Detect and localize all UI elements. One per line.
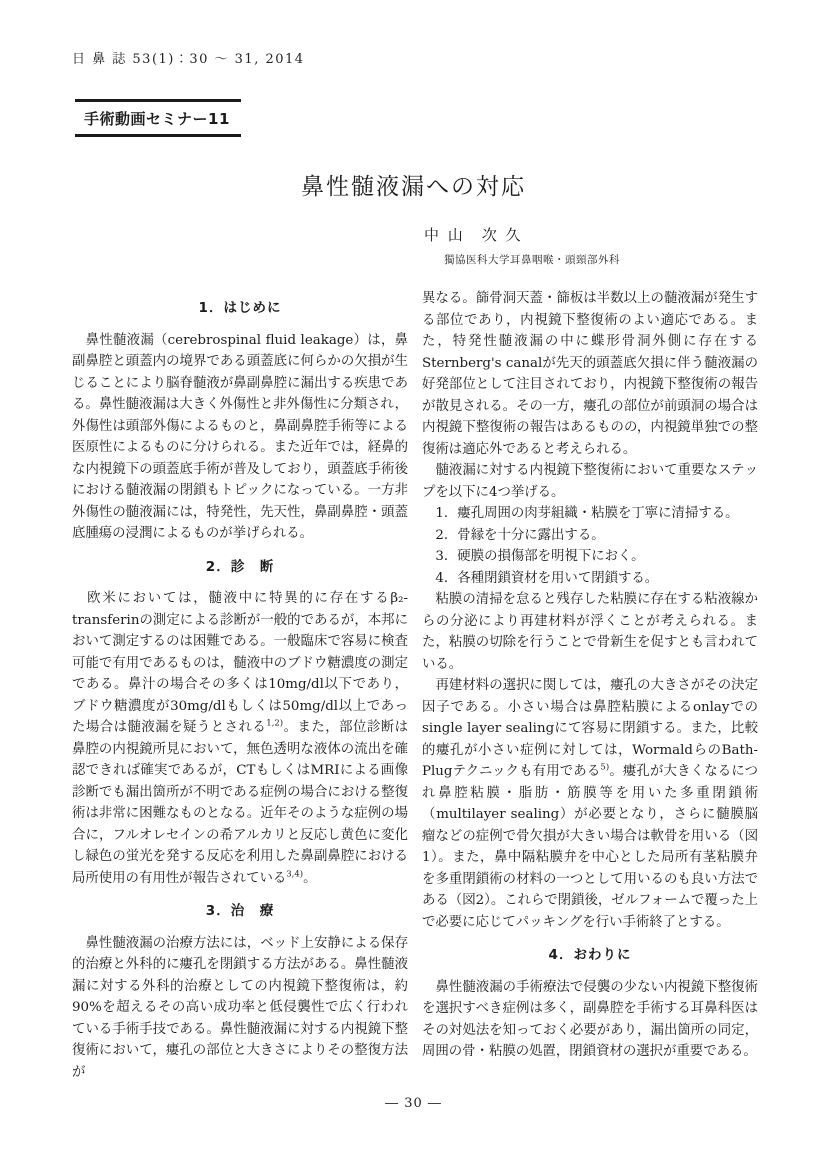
paragraph: 髄液漏に対する内視鏡下整復術において重要なステップを以下に4つ挙げる。	[422, 460, 758, 503]
reference-superscript: 5)	[600, 763, 609, 773]
list-item: 4．各種閉鎖資材を用いて閉鎖する。	[422, 568, 758, 590]
series-label-box: 手術動画セミナー11	[75, 99, 241, 137]
body-column-left: 1．はじめに 鼻性髄液漏（cerebrospinal fluid leakage…	[72, 288, 408, 1083]
page-number: ― 30 ―	[0, 1096, 827, 1111]
paragraph: 鼻性髄液漏（cerebrospinal fluid leakage）は，鼻副鼻腔…	[72, 330, 408, 545]
section-heading: 3．治 療	[72, 901, 408, 923]
journal-citation-header: 日 鼻 誌 53(1)：30 ～ 31, 2014	[72, 48, 305, 67]
list-item: 3．硬膜の損傷部を明視下におく。	[422, 546, 758, 568]
list-item: 1．瘻孔周囲の肉芽組織・粘膜を丁寧に清掃する。	[422, 503, 758, 525]
list-item: 2．骨縁を十分に露出する。	[422, 525, 758, 547]
author-block: 中 山 次 久 獨協医科大学耳鼻咽喉・頭頸部外科	[424, 224, 784, 267]
author-affiliation: 獨協医科大学耳鼻咽喉・頭頸部外科	[444, 252, 784, 267]
section-heading: 1．はじめに	[72, 298, 408, 320]
paragraph: 鼻性髄液漏の手術療法で侵襲の少ない内視鏡下整復術を選択すべき症例は多く，副鼻腔を…	[422, 977, 758, 1063]
reference-superscript: 1,2)	[266, 719, 283, 729]
paragraph: 再建材料の選択に関しては，瘻孔の大きさがその決定因子である。小さい場合は鼻腔粘膜…	[422, 675, 758, 933]
journal-page: 日 鼻 誌 53(1)：30 ～ 31, 2014 手術動画セミナー11 鼻性髄…	[0, 0, 827, 1170]
paragraph: 欧米においては，髄液中に特異的に存在するβ₂-transferinの測定による診…	[72, 588, 408, 889]
section-heading: 2．診 断	[72, 557, 408, 579]
body-column-right: 異なる。篩骨洞天蓋・篩板は半数以上の髄液漏が発生する部位であり，内視鏡下整復術の…	[422, 288, 758, 1063]
paragraph: 粘膜の清掃を怠ると残存した粘膜に存在する粘液線からの分泌により再建材料が浮くこと…	[422, 589, 758, 675]
section-heading: 4．おわりに	[422, 945, 758, 967]
paragraph: 鼻性髄液漏の治療方法には，ベッド上安静による保存的治療と外科的に瘻孔を閉鎖する方…	[72, 933, 408, 1084]
reference-superscript: 3,4)	[286, 869, 303, 879]
author-name: 中 山 次 久	[424, 224, 784, 245]
series-label: 手術動画セミナー11	[84, 110, 230, 128]
article-title: 鼻性髄液漏への対応	[0, 168, 827, 201]
paragraph: 異なる。篩骨洞天蓋・篩板は半数以上の髄液漏が発生する部位であり，内視鏡下整復術の…	[422, 288, 758, 460]
